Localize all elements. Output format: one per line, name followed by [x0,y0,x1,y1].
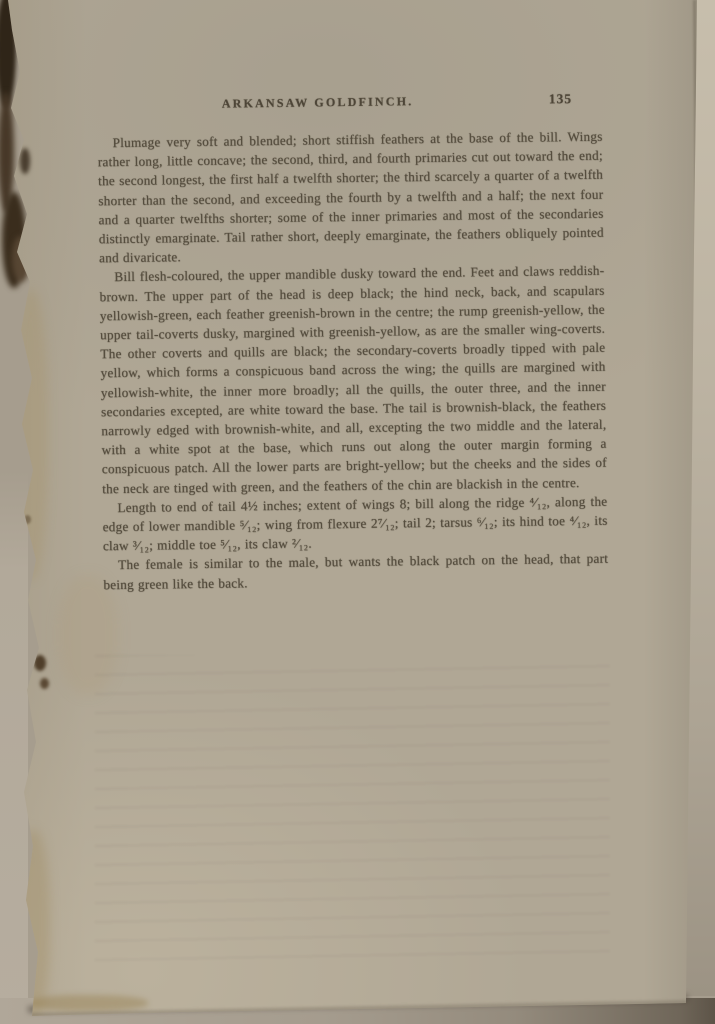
photo-backdrop: ARKANSAW GOLDFINCH. 135 Plumage very sof… [0,0,715,1024]
text-show-through [95,655,610,965]
page-number: 135 [549,91,572,107]
book-page: ARKANSAW GOLDFINCH. 135 Plumage very sof… [0,0,715,1024]
backdrop-left-strip [0,470,28,1024]
printed-content: ARKANSAW GOLDFINCH. 135 Plumage very sof… [97,92,608,594]
paper-stain [28,995,148,1011]
foxing-spot [34,655,46,671]
running-head: ARKANSAW GOLDFINCH. 135 [97,92,602,117]
running-title: ARKANSAW GOLDFINCH. [222,94,414,112]
foxing-spot [20,148,30,174]
paragraph-colouring: Bill flesh-coloured, the upper mandible … [99,261,607,498]
page-text: Plumage very soft and blended; short sti… [97,127,608,594]
paragraph-measurements: Length to end of tail 4½ inches; extent … [102,492,608,556]
foxing-spot [40,678,49,689]
paragraph-female: The female is similar to the male, but w… [103,549,608,594]
paragraph-plumage: Plumage very soft and blended; short sti… [97,127,604,268]
